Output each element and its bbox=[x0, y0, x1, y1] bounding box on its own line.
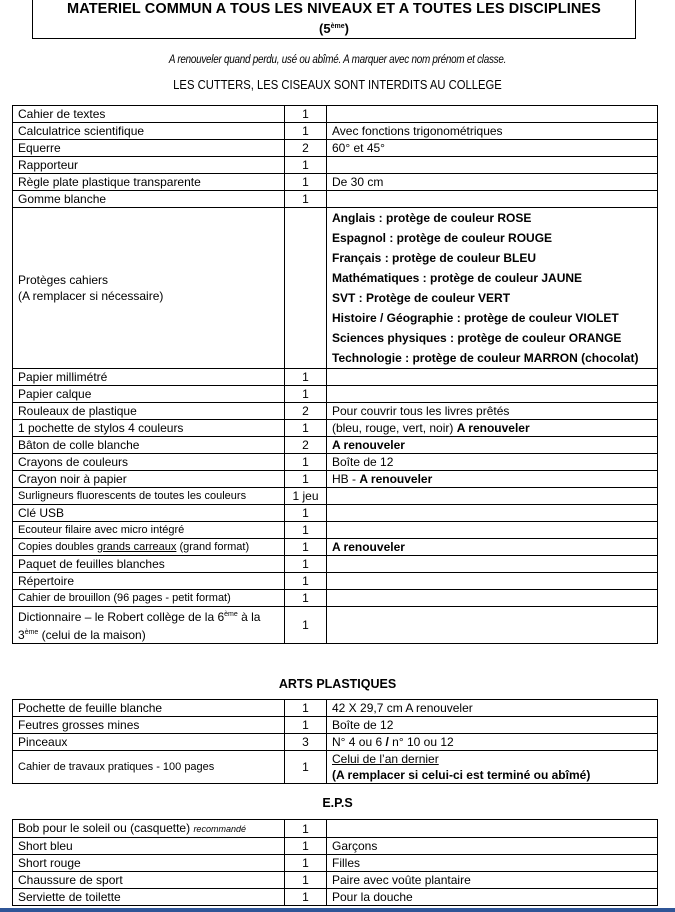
protege-color-line: SVT : Protège de couleur VERT bbox=[332, 288, 652, 308]
protege-color-line: Espagnol : protège de couleur ROUGE bbox=[332, 228, 652, 248]
arts-supplies-table: Pochette de feuille blanche142 X 29,7 cm… bbox=[12, 699, 658, 784]
protege-color-line: Anglais : protège de couleur ROSE bbox=[332, 208, 652, 228]
protege-color-line: Mathématiques : protège de couleur JAUNE bbox=[332, 268, 652, 288]
note-emphasis: A renouveler bbox=[457, 421, 530, 435]
table-row: Ecouteur filaire avec micro intégré1 bbox=[13, 522, 658, 539]
item-note bbox=[327, 590, 658, 607]
item-note: A renouveler bbox=[327, 437, 658, 454]
table-row: Rouleaux de plastique2Pour couvrir tous … bbox=[13, 403, 658, 420]
forbidden-warning: LES CUTTERS, LES CISEAUX SONT INTERDITS … bbox=[34, 78, 642, 92]
item-note: Boîte de 12 bbox=[327, 454, 658, 471]
dictionary-note bbox=[327, 607, 658, 644]
item-name: Short rouge bbox=[13, 855, 285, 872]
note-emphasis: A renouveler bbox=[332, 438, 405, 452]
protege-color-line: Sciences physiques : protège de couleur … bbox=[332, 328, 652, 348]
item-qty: 1 bbox=[285, 590, 327, 607]
item-note bbox=[327, 488, 658, 505]
item-name: Copies doubles grands carreaux (grand fo… bbox=[13, 539, 285, 556]
page-title: MATERIEL COMMUN A TOUS LES NIVEAUX ET A … bbox=[33, 0, 635, 19]
item-name: Paquet de feuilles blanches bbox=[13, 556, 285, 573]
item-note: 42 X 29,7 cm A renouveler bbox=[327, 700, 658, 717]
item-name: Rouleaux de plastique bbox=[13, 403, 285, 420]
note-line: (A remplacer si celui-ci est terminé ou … bbox=[332, 767, 652, 783]
table-row: Serviette de toilette1Pour la douche bbox=[13, 889, 658, 906]
item-qty: 1 bbox=[285, 700, 327, 717]
item-name: Répertoire bbox=[13, 573, 285, 590]
item-name: Bob pour le soleil ou (casquette) recomm… bbox=[13, 820, 285, 838]
item-note bbox=[327, 191, 658, 208]
protege-color-line: Histoire / Géographie : protège de coule… bbox=[332, 308, 652, 328]
item-note: HB - A renouveler bbox=[327, 471, 658, 488]
item-name: Rapporteur bbox=[13, 157, 285, 174]
title-box: MATERIEL COMMUN A TOUS LES NIVEAUX ET A … bbox=[32, 0, 636, 39]
item-name: Papier millimétré bbox=[13, 369, 285, 386]
item-name: Pinceaux bbox=[13, 734, 285, 751]
item-qty: 1 bbox=[285, 123, 327, 140]
item-name: Cahier de textes bbox=[13, 106, 285, 123]
item-name: Serviette de toilette bbox=[13, 889, 285, 906]
table-row: Paquet de feuilles blanches1 bbox=[13, 556, 658, 573]
item-name: Règle plate plastique transparente bbox=[13, 174, 285, 191]
item-qty: 1 bbox=[285, 191, 327, 208]
item-note: (bleu, rouge, vert, noir) A renouveler bbox=[327, 420, 658, 437]
item-qty: 1 bbox=[285, 454, 327, 471]
table-row-protege: Protèges cahiers (A remplacer si nécessa… bbox=[13, 208, 658, 369]
item-name: Crayons de couleurs bbox=[13, 454, 285, 471]
section-title-eps: E.P.S bbox=[0, 796, 675, 810]
item-name: Clé USB bbox=[13, 505, 285, 522]
table-row: 1 pochette de stylos 4 couleurs1(bleu, r… bbox=[13, 420, 658, 437]
table-row: Cahier de brouillon (96 pages - petit fo… bbox=[13, 590, 658, 607]
item-note bbox=[327, 106, 658, 123]
item-qty: 1 bbox=[285, 573, 327, 590]
item-note: Celui de l’an dernier(A remplacer si cel… bbox=[327, 751, 658, 784]
eps-supplies-table: Bob pour le soleil ou (casquette) recomm… bbox=[12, 819, 658, 906]
note-line: Celui de l’an dernier bbox=[332, 751, 652, 767]
protege-color-line: Français : protège de couleur BLEU bbox=[332, 248, 652, 268]
item-qualifier: recommandé bbox=[193, 824, 246, 834]
item-name: Gomme blanche bbox=[13, 191, 285, 208]
item-qty: 1 bbox=[285, 855, 327, 872]
item-qty: 1 bbox=[285, 751, 327, 784]
item-note bbox=[327, 386, 658, 403]
protege-item: Protèges cahiers (A remplacer si nécessa… bbox=[13, 208, 285, 369]
item-qty: 1 bbox=[285, 539, 327, 556]
bottom-bar bbox=[0, 908, 675, 912]
item-qty: 1 bbox=[285, 838, 327, 855]
item-qty: 1 bbox=[285, 820, 327, 838]
item-note bbox=[327, 820, 658, 838]
item-name: Chaussure de sport bbox=[13, 872, 285, 889]
table-row: Pochette de feuille blanche142 X 29,7 cm… bbox=[13, 700, 658, 717]
table-row: Equerre260° et 45° bbox=[13, 140, 658, 157]
table-row: Gomme blanche1 bbox=[13, 191, 658, 208]
item-name: Equerre bbox=[13, 140, 285, 157]
table-row: Chaussure de sport1Paire avec voûte plan… bbox=[13, 872, 658, 889]
item-qty: 1 bbox=[285, 522, 327, 539]
item-note: 60° et 45° bbox=[327, 140, 658, 157]
table-row: Rapporteur1 bbox=[13, 157, 658, 174]
table-row: Short bleu1Garçons bbox=[13, 838, 658, 855]
item-qty: 1 bbox=[285, 386, 327, 403]
dictionary-qty: 1 bbox=[285, 607, 327, 644]
item-note: Paire avec voûte plantaire bbox=[327, 872, 658, 889]
item-name: Surligneurs fluorescents de toutes les c… bbox=[13, 488, 285, 505]
item-note bbox=[327, 556, 658, 573]
renewal-note: A renouveler quand perdu, usé ou abîmé. … bbox=[47, 54, 628, 66]
item-name: Crayon noir à papier bbox=[13, 471, 285, 488]
item-qty: 2 bbox=[285, 437, 327, 454]
note-emphasis: A renouveler bbox=[332, 540, 405, 554]
item-note bbox=[327, 505, 658, 522]
item-note: Pour la douche bbox=[327, 889, 658, 906]
table-row: Short rouge1Filles bbox=[13, 855, 658, 872]
item-qty: 1 bbox=[285, 889, 327, 906]
item-qty: 1 bbox=[285, 174, 327, 191]
item-qty: 1 bbox=[285, 556, 327, 573]
table-row: Surligneurs fluorescents de toutes les c… bbox=[13, 488, 658, 505]
item-qty: 2 bbox=[285, 403, 327, 420]
table-row: Règle plate plastique transparente1De 30… bbox=[13, 174, 658, 191]
item-qty: 1 bbox=[285, 872, 327, 889]
table-row-dictionary: Dictionnaire – le Robert collège de la 6… bbox=[13, 607, 658, 644]
note-emphasis: A renouveler bbox=[359, 472, 432, 486]
item-note: Pour couvrir tous les livres prêtés bbox=[327, 403, 658, 420]
table-row: Répertoire1 bbox=[13, 573, 658, 590]
table-row: Crayons de couleurs1Boîte de 12 bbox=[13, 454, 658, 471]
table-row: Copies doubles grands carreaux (grand fo… bbox=[13, 539, 658, 556]
item-note: N° 4 ou 6 / n° 10 ou 12 bbox=[327, 734, 658, 751]
grade-level: (5ème) bbox=[33, 19, 635, 37]
table-row: Cahier de textes1 bbox=[13, 106, 658, 123]
item-note bbox=[327, 573, 658, 590]
table-row: Bâton de colle blanche2A renouveler bbox=[13, 437, 658, 454]
item-name: Papier calque bbox=[13, 386, 285, 403]
item-qty: 1 bbox=[285, 106, 327, 123]
protege-color-line: Technologie : protège de couleur MARRON … bbox=[332, 348, 652, 368]
item-note bbox=[327, 157, 658, 174]
dictionary-item: Dictionnaire – le Robert collège de la 6… bbox=[13, 607, 285, 644]
item-note: Filles bbox=[327, 855, 658, 872]
item-name: Cahier de brouillon (96 pages - petit fo… bbox=[13, 590, 285, 607]
item-qty: 1 bbox=[285, 420, 327, 437]
item-name: Cahier de travaux pratiques - 100 pages bbox=[13, 751, 285, 784]
item-name: Ecouteur filaire avec micro intégré bbox=[13, 522, 285, 539]
table-row: Calculatrice scientifique1Avec fonctions… bbox=[13, 123, 658, 140]
table-row: Papier millimétré1 bbox=[13, 369, 658, 386]
slash: / bbox=[386, 735, 389, 749]
item-qty: 2 bbox=[285, 140, 327, 157]
item-name: Feutres grosses mines bbox=[13, 717, 285, 734]
protege-qty bbox=[285, 208, 327, 369]
table-row: Cahier de travaux pratiques - 100 pages1… bbox=[13, 751, 658, 784]
section-title-arts: ARTS PLASTIQUES bbox=[0, 677, 675, 691]
item-name: Short bleu bbox=[13, 838, 285, 855]
table-row: Clé USB1 bbox=[13, 505, 658, 522]
item-qty: 1 bbox=[285, 369, 327, 386]
item-note: Garçons bbox=[327, 838, 658, 855]
item-qty: 1 bbox=[285, 471, 327, 488]
item-name: 1 pochette de stylos 4 couleurs bbox=[13, 420, 285, 437]
item-qty: 1 bbox=[285, 505, 327, 522]
item-note bbox=[327, 522, 658, 539]
item-name: Pochette de feuille blanche bbox=[13, 700, 285, 717]
table-row: Crayon noir à papier1HB - A renouveler bbox=[13, 471, 658, 488]
item-qty: 1 bbox=[285, 717, 327, 734]
item-note: De 30 cm bbox=[327, 174, 658, 191]
item-name: Bâton de colle blanche bbox=[13, 437, 285, 454]
table-row: Papier calque1 bbox=[13, 386, 658, 403]
table-row: Bob pour le soleil ou (casquette) recomm… bbox=[13, 820, 658, 838]
table-row: Pinceaux3N° 4 ou 6 / n° 10 ou 12 bbox=[13, 734, 658, 751]
item-name: Calculatrice scientifique bbox=[13, 123, 285, 140]
item-emphasis: grands carreaux bbox=[97, 541, 177, 553]
item-qty: 1 bbox=[285, 157, 327, 174]
item-note: Boîte de 12 bbox=[327, 717, 658, 734]
table-row: Feutres grosses mines1Boîte de 12 bbox=[13, 717, 658, 734]
item-qty: 1 jeu bbox=[285, 488, 327, 505]
item-note: Avec fonctions trigonométriques bbox=[327, 123, 658, 140]
item-qty: 3 bbox=[285, 734, 327, 751]
item-note: A renouveler bbox=[327, 539, 658, 556]
item-note bbox=[327, 369, 658, 386]
common-supplies-table: Cahier de textes1Calculatrice scientifiq… bbox=[12, 105, 658, 644]
protege-colors: Anglais : protège de couleur ROSEEspagno… bbox=[327, 208, 658, 369]
